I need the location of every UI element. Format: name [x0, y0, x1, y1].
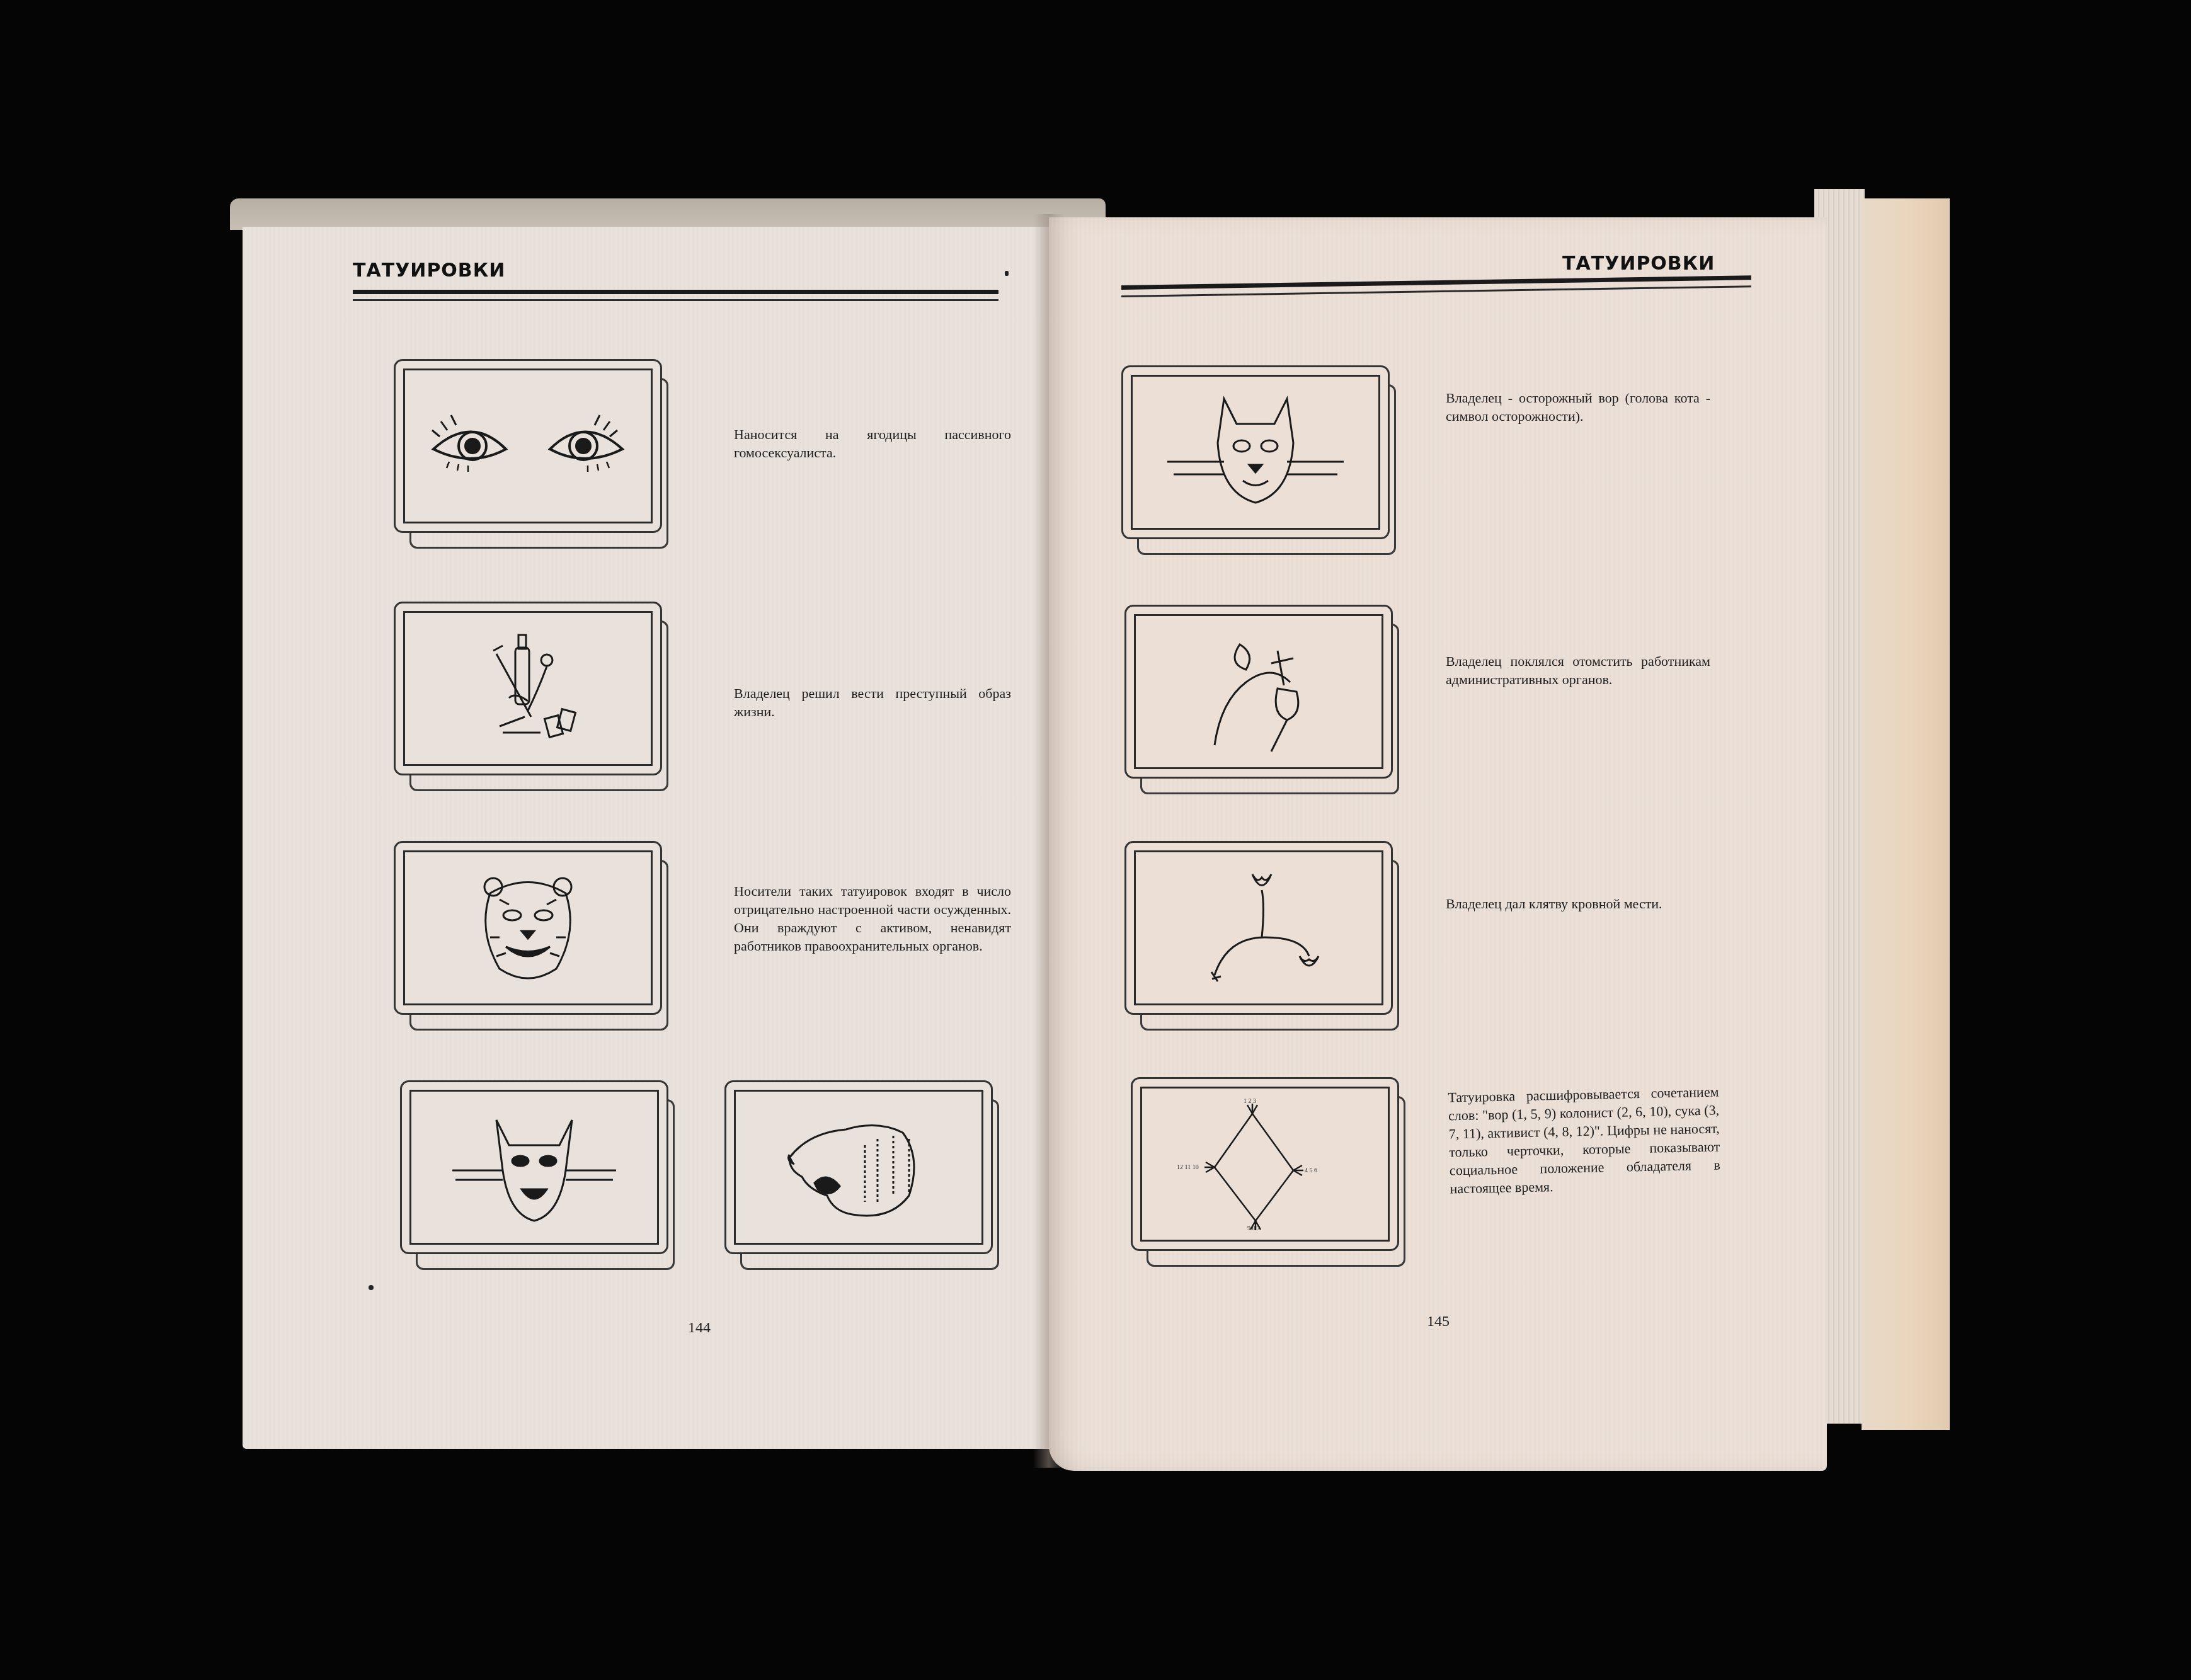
- tiger-face-icon: [421, 862, 635, 994]
- caption-2: Владелец решил вести преступный образ жи…: [734, 684, 1011, 721]
- tulip-stem-icon: [1152, 862, 1366, 994]
- open-book: ТАТУИРОВКИ Наносится на яг: [0, 0, 2191, 1680]
- svg-text:1 2 3: 1 2 3: [1244, 1098, 1256, 1105]
- caption-2: Владелец поклялся отомстить работникам а…: [1446, 652, 1710, 689]
- print-speck: [369, 1285, 374, 1290]
- caption-4: Татуировка расшифровывается сочетанием с…: [1448, 1083, 1721, 1198]
- illustration-frame: [1124, 605, 1395, 787]
- caption-3: Носители таких татуировок входят в число…: [734, 882, 1011, 955]
- left-page: ТАТУИРОВКИ Наносится на яг: [243, 227, 1055, 1449]
- caption-3: Владелец дал клятву кровной мести.: [1446, 894, 1710, 913]
- back-cover: [1862, 198, 1950, 1430]
- diamond-marks-icon: 1 2 3 4 5 6 9 8 7 12 11 10: [1158, 1098, 1372, 1230]
- svg-text:9 8 7: 9 8 7: [1247, 1225, 1260, 1230]
- svg-text:12 11 10: 12 11 10: [1177, 1164, 1199, 1171]
- book-top-edge: [230, 198, 1106, 230]
- page-number: 144: [688, 1320, 711, 1337]
- illustration-frame: [394, 841, 665, 1024]
- illustration-frame: [400, 1080, 671, 1263]
- caption-1: Наносится на ягодицы пассивного гомосекс…: [734, 425, 1011, 462]
- illustration-frame: [394, 359, 665, 542]
- illustration-frame: [1121, 365, 1392, 548]
- eyes-icon: [421, 380, 635, 512]
- cat-head-icon: [1148, 386, 1363, 518]
- illustration-frame: 1 2 3 4 5 6 9 8 7 12 11 10: [1131, 1077, 1402, 1260]
- running-head: ТАТУИРОВКИ: [353, 260, 505, 282]
- illustration-frame: [724, 1080, 995, 1263]
- illustration-frame: [394, 602, 665, 784]
- bottle-dagger-rose-cards-icon: [421, 622, 635, 755]
- header-rule-thick: [353, 290, 998, 294]
- print-speck: [1005, 271, 1009, 276]
- svg-text:4 5 6: 4 5 6: [1305, 1167, 1317, 1174]
- page-number: 145: [1427, 1313, 1450, 1330]
- right-page: ТАТУИРОВКИ Владелец - осторожный вор (го…: [1049, 217, 1827, 1471]
- running-head: ТАТУИРОВКИ: [1562, 253, 1715, 275]
- tiger-profile-icon: [752, 1101, 966, 1233]
- illustration-frame: [1124, 841, 1395, 1024]
- header-rule-thin: [353, 299, 998, 301]
- rose-dagger-icon: [1152, 626, 1366, 758]
- wildcat-face-icon: [427, 1101, 641, 1233]
- caption-1: Владелец - осторожный вор (голова кота -…: [1446, 389, 1710, 425]
